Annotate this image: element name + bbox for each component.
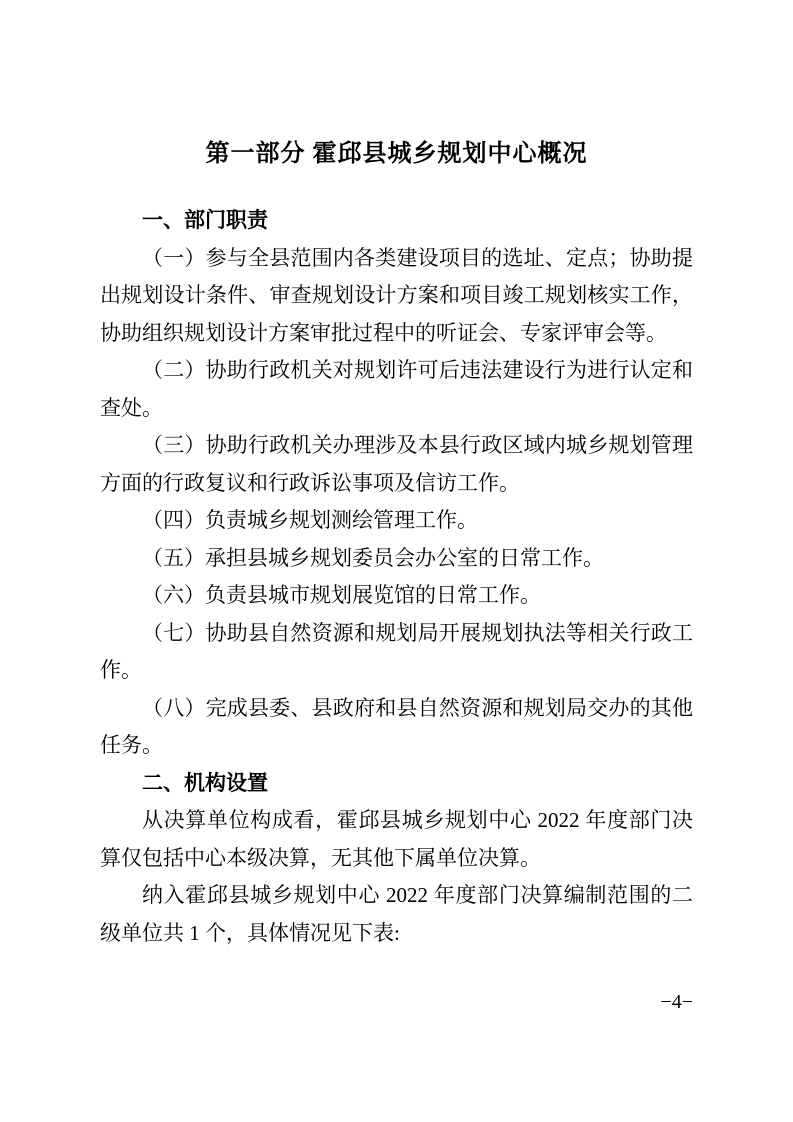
page-number: −4−: [660, 990, 693, 1014]
paragraph-org-1: 从决算单位构成看，霍邱县城乡规划中心 2022 年度部门决算仅包括中心本级决算，…: [100, 802, 693, 877]
document-body: 一、部门职责 （一）参与全县范围内各类建设项目的选址、定点；协助提出规划设计条件…: [100, 202, 693, 952]
paragraph-duty-4: （四）负责城乡规划测绘管理工作。: [100, 502, 693, 540]
section-heading-organization: 二、机构设置: [100, 765, 693, 803]
paragraph-duty-3: （三）协助行政机关办理涉及本县行政区域内城乡规划管理方面的行政复议和行政诉讼事项…: [100, 427, 693, 502]
paragraph-duty-2: （二）协助行政机关对规划许可后违法建设行为进行认定和查处。: [100, 352, 693, 427]
page-title: 第一部分 霍邱县城乡规划中心概况: [100, 138, 693, 170]
document-page: 第一部分 霍邱县城乡规划中心概况 一、部门职责 （一）参与全县范围内各类建设项目…: [0, 0, 793, 1122]
paragraph-org-2: 纳入霍邱县城乡规划中心 2022 年度部门决算编制范围的二级单位共 1 个，具体…: [100, 877, 693, 952]
paragraph-duty-5: （五）承担县城乡规划委员会办公室的日常工作。: [100, 540, 693, 578]
section-heading-duties: 一、部门职责: [100, 202, 693, 240]
paragraph-duty-8: （八）完成县委、县政府和县自然资源和规划局交办的其他任务。: [100, 690, 693, 765]
paragraph-duty-1: （一）参与全县范围内各类建设项目的选址、定点；协助提出规划设计条件、审查规划设计…: [100, 240, 693, 353]
paragraph-duty-6: （六）负责县城市规划展览馆的日常工作。: [100, 577, 693, 615]
paragraph-duty-7: （七）协助县自然资源和规划局开展规划执法等相关行政工作。: [100, 615, 693, 690]
